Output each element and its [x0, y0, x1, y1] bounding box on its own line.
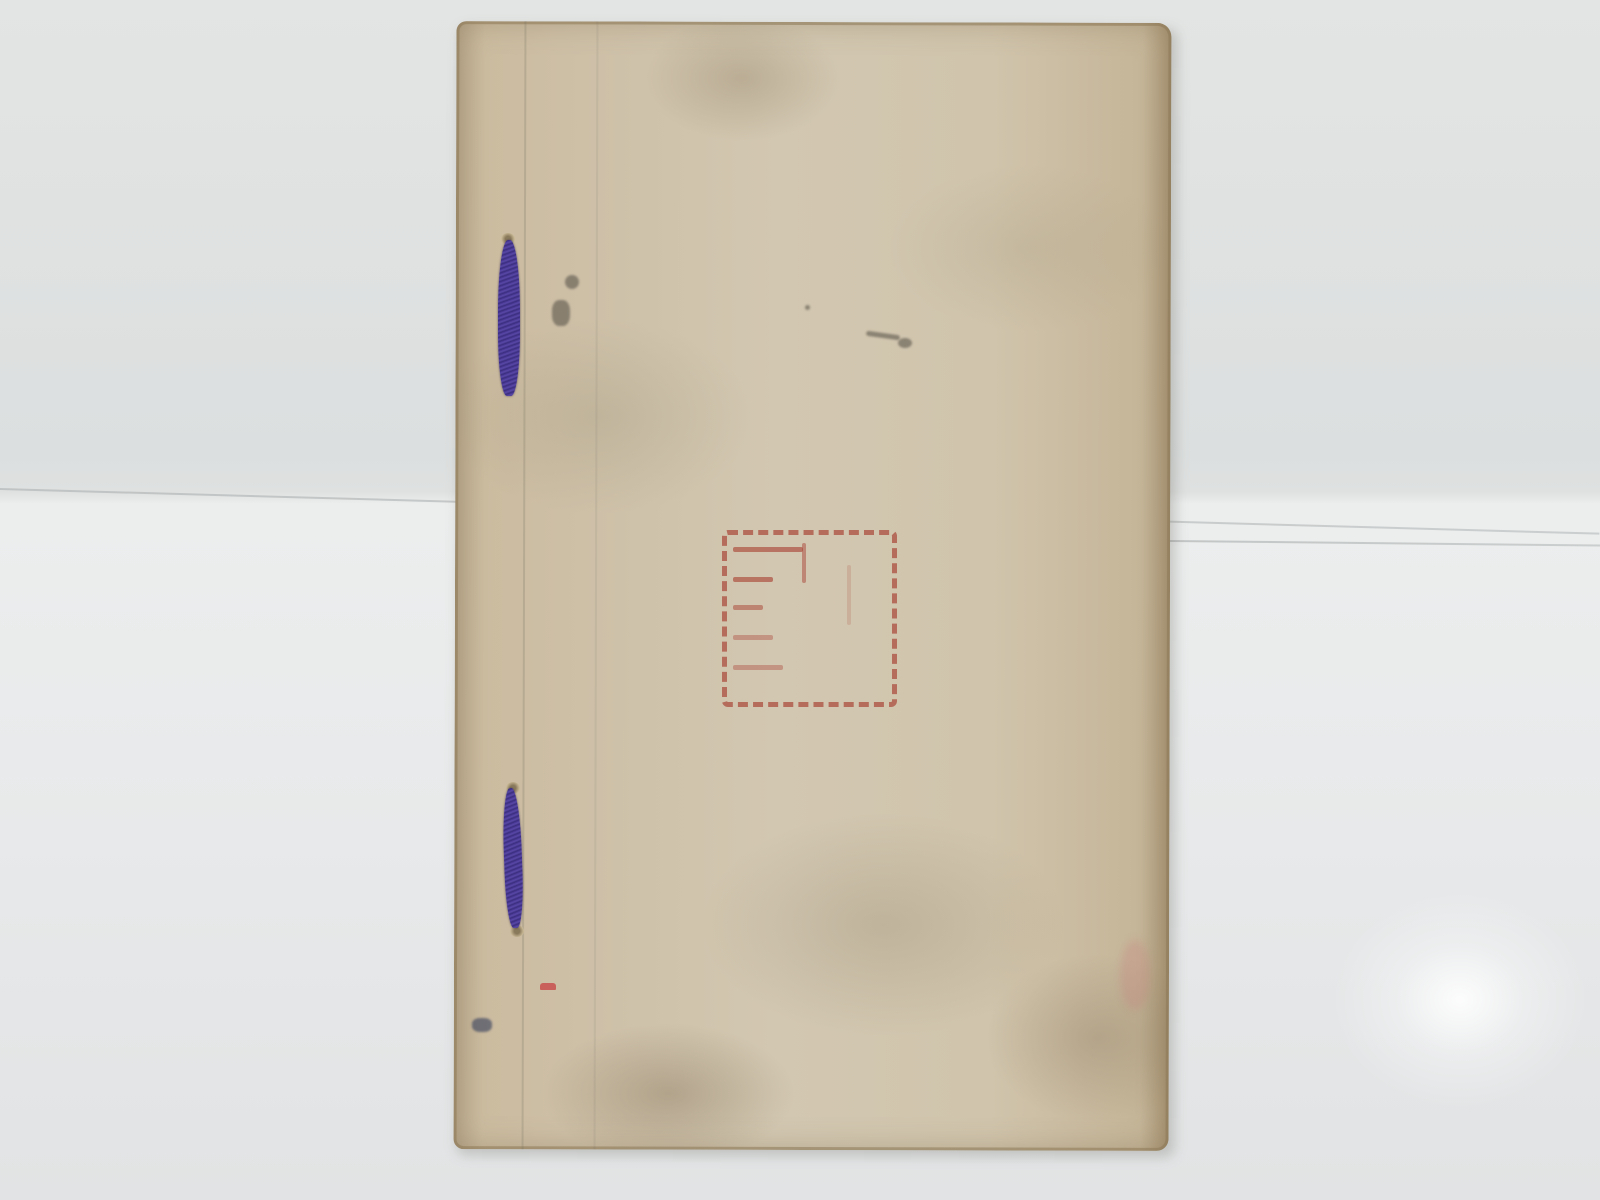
dot-mark — [805, 305, 810, 310]
ink-stain — [565, 275, 579, 289]
scratch-mark-2 — [898, 338, 912, 348]
spine-fold-line — [522, 21, 527, 1149]
seal-stroke — [733, 577, 773, 582]
seal-stroke — [733, 547, 803, 552]
seal-stroke — [733, 605, 763, 610]
seal-stroke — [802, 543, 806, 583]
red-seal-stamp — [722, 530, 897, 707]
thread-stitch-upper — [498, 240, 520, 396]
spine-fold-line-2 — [594, 21, 599, 1149]
seal-stroke — [733, 665, 783, 670]
blue-ink-smudge — [472, 1018, 492, 1032]
seal-stroke — [733, 635, 773, 640]
light-glare — [1330, 890, 1590, 1110]
pink-stain — [1120, 940, 1150, 1010]
seal-stroke — [847, 565, 851, 625]
ink-stain-2 — [552, 300, 570, 326]
red-mark — [540, 983, 556, 990]
